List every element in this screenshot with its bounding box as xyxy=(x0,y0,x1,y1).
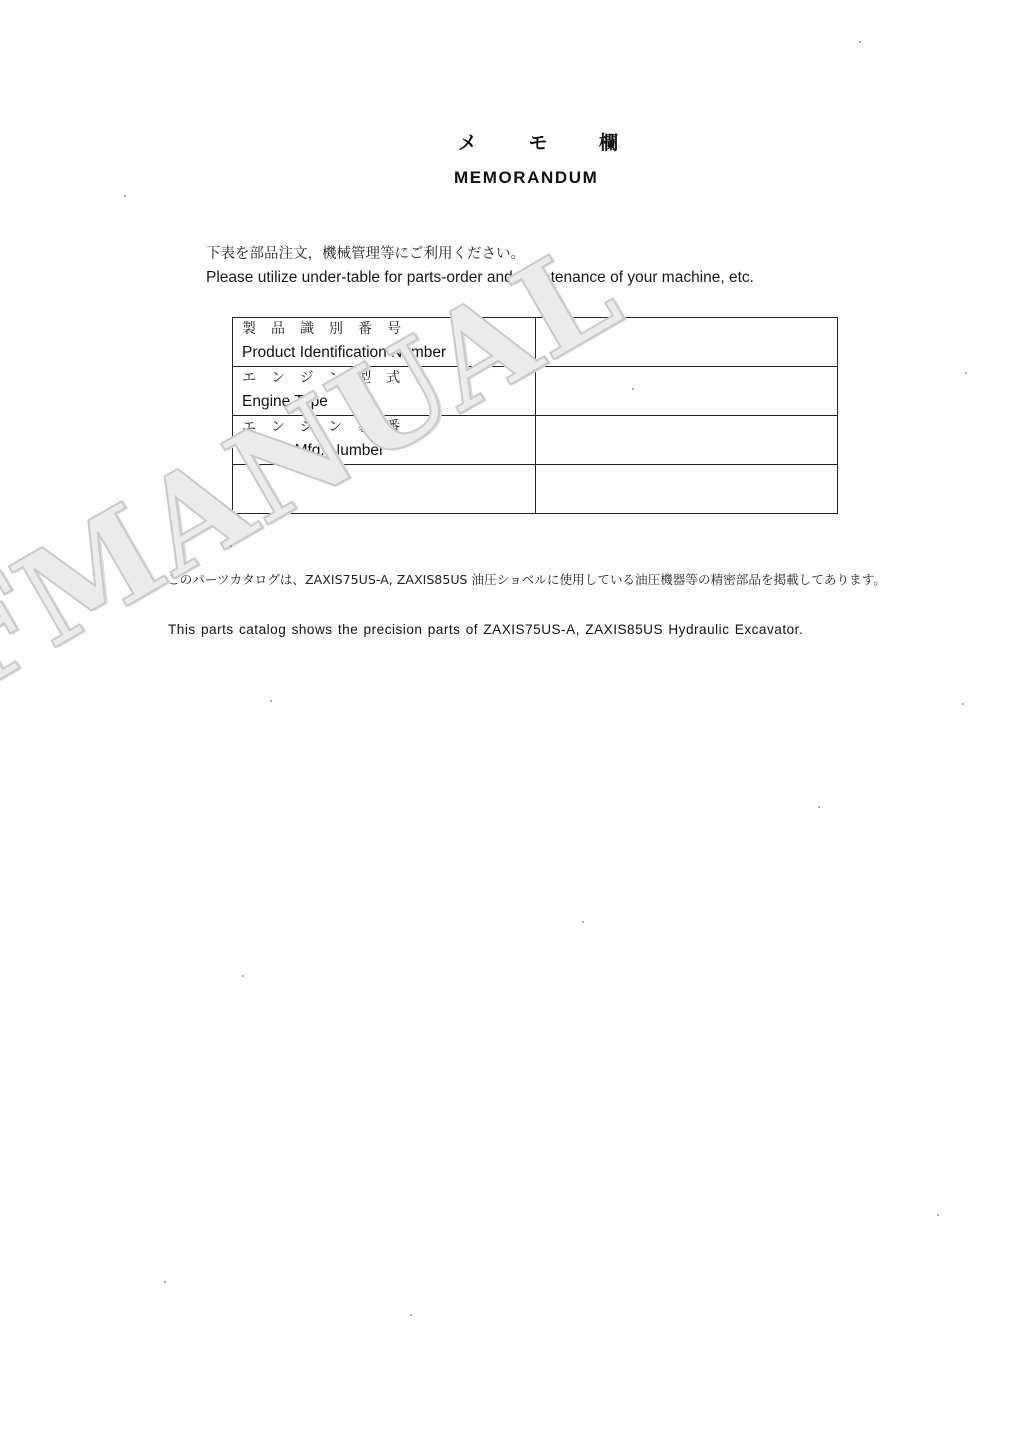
scan-speck xyxy=(632,388,634,390)
label-text: Product Identification Number xyxy=(242,344,535,362)
scan-speck xyxy=(164,1281,166,1283)
scan-speck xyxy=(410,1314,412,1316)
scan-speck xyxy=(242,975,244,977)
label-japanese: エンジン型式 xyxy=(242,369,535,387)
page-title-japanese: メ モ 欄 xyxy=(458,128,618,155)
title-char: メ xyxy=(458,128,477,155)
table-row xyxy=(233,465,838,514)
table-row: エンジン製番 Engine Mfg. Number xyxy=(233,416,838,465)
value-cell-blank[interactable] xyxy=(536,465,838,514)
value-cell-engine-type[interactable] xyxy=(536,367,838,416)
intro-text: Please utilize under-table for parts-ord… xyxy=(206,269,754,287)
scan-speck xyxy=(962,703,964,705)
memo-table: 製品識別番号 Product Identification Number エンジ… xyxy=(232,317,838,514)
label-text: Engine Mfg. Number xyxy=(242,442,535,460)
table-row: エンジン型式 Engine Type xyxy=(233,367,838,416)
scan-speck xyxy=(230,545,232,547)
title-char: モ xyxy=(528,128,547,155)
label-cell-engine-mfg-number: エンジン製番 Engine Mfg. Number xyxy=(233,416,536,465)
title-char: 欄 xyxy=(599,128,618,155)
label-cell-blank[interactable] xyxy=(233,465,536,514)
value-cell-engine-mfg-number[interactable] xyxy=(536,416,838,465)
scan-speck xyxy=(124,195,126,197)
scan-speck xyxy=(818,806,820,808)
label-cell-product-id: 製品識別番号 Product Identification Number xyxy=(233,318,536,367)
scan-speck xyxy=(937,1214,939,1216)
scan-speck xyxy=(965,372,967,374)
label-cell-engine-type: エンジン型式 Engine Type xyxy=(233,367,536,416)
page-title: MEMORANDUM xyxy=(454,168,598,188)
label-japanese: エンジン製番 xyxy=(242,418,535,436)
scan-speck xyxy=(582,921,584,923)
label-japanese: 製品識別番号 xyxy=(242,320,535,338)
scan-speck xyxy=(270,700,272,702)
scan-speck xyxy=(859,41,861,43)
intro-text-japanese: 下表を部品注文，機械管理等にご利用ください。 xyxy=(206,242,525,263)
value-cell-product-id[interactable] xyxy=(536,318,838,367)
table-row: 製品識別番号 Product Identification Number xyxy=(233,318,838,367)
label-text: Engine Type xyxy=(242,393,535,411)
note-text: This parts catalog shows the precision p… xyxy=(168,622,803,637)
double-circle-bullet-icon: ◎ xyxy=(136,571,148,587)
note-text-japanese: このパーツカタログは、ZAXIS75US-A, ZAXIS85US 油圧ショベル… xyxy=(167,567,947,592)
